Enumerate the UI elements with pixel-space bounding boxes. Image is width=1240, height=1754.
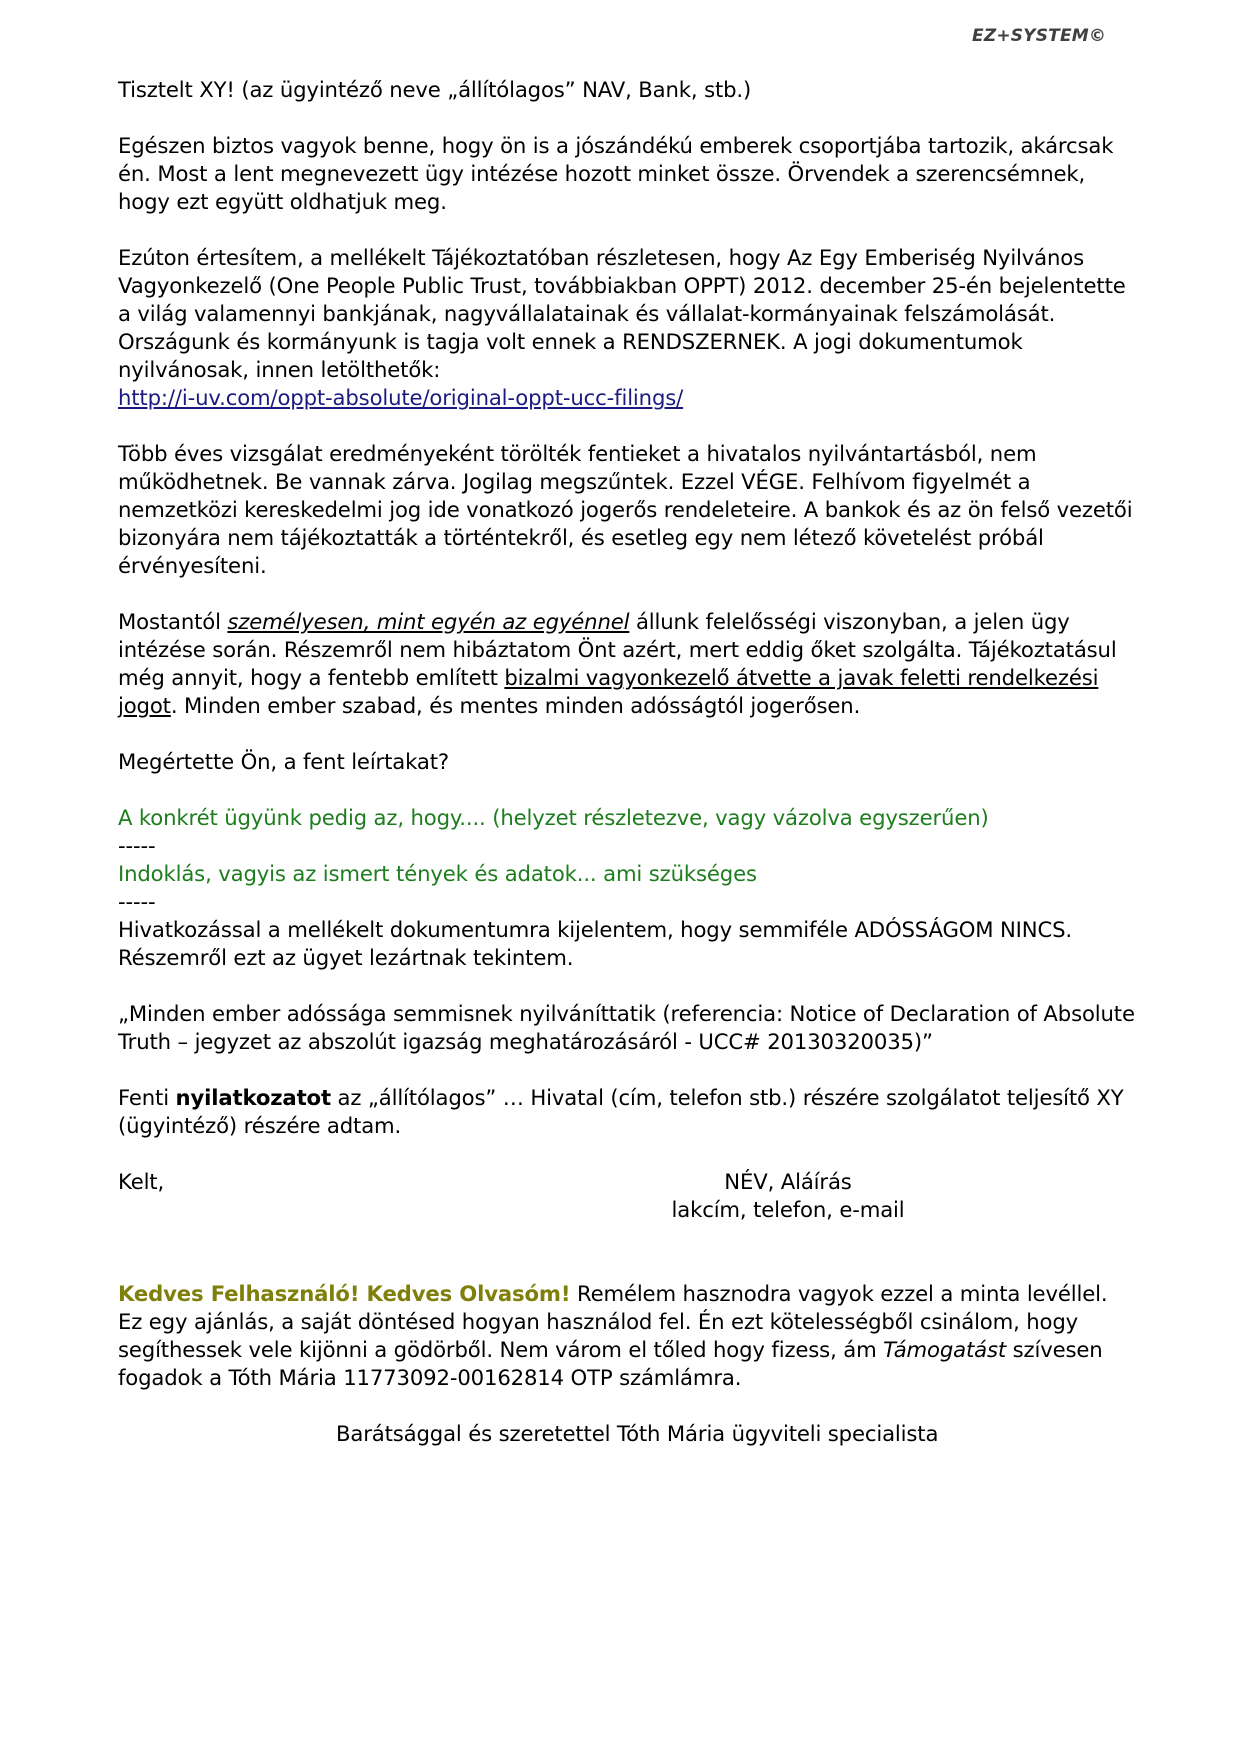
separator-1: ----- [118,832,1138,860]
signature-date-label: Kelt, [118,1168,164,1196]
oppt-filings-link[interactable]: http://i-uv.com/oppt-absolute/original-o… [118,385,683,410]
declaration-text-a: Fenti [118,1085,176,1110]
signature-block: Kelt, NÉV, Aláírás lakcím, telefon, e-ma… [118,1168,1138,1224]
paragraph-oppt-text: Ezúton értesítem, a mellékelt Tájékoztat… [118,245,1126,382]
reader-note-greeting: Kedves Felhasználó! Kedves Olvasóm! [118,1281,570,1306]
paragraph-intro: Egészen biztos vagyok benne, hogy ön is … [118,132,1138,216]
paragraph-quote: „Minden ember adóssága semmisnek nyilván… [118,1000,1138,1056]
separator-2: ----- [118,888,1138,916]
header-brand: EZ+SYSTEM© [972,26,1106,46]
responsibility-text-c: . Minden ember szabad, és mentes minden … [171,693,860,718]
reason-line: Indoklás, vagyis az ismert tények és ada… [118,860,1138,888]
salutation: Tisztelt XY! (az ügyintéző neve „állítól… [118,76,1138,104]
signature-name: NÉV, Aláírás [648,1168,928,1196]
case-line: A konkrét ügyünk pedig az, hogy.... (hel… [118,804,1138,832]
question-line: Megértette Ön, a fent leírtakat? [118,748,1138,776]
letter-body: Tisztelt XY! (az ügyintéző neve „állítól… [118,76,1138,1476]
paragraph-investigation: Több éves vizsgálat eredményeként törölt… [118,440,1138,580]
reader-note: Kedves Felhasználó! Kedves Olvasóm! Remé… [118,1280,1138,1392]
signature-contact: lakcím, telefon, e-mail [648,1196,928,1224]
paragraph-no-debt: Hivatkozással a mellékelt dokumentumra k… [118,916,1138,972]
responsibility-text-a: Mostantól [118,609,227,634]
responsibility-emphasis: személyesen, mint egyén az egyénnel [227,609,629,634]
declaration-bold: nyilatkozatot [176,1085,331,1110]
paragraph-oppt-notice: Ezúton értesítem, a mellékelt Tájékoztat… [118,244,1138,412]
closing-signature: Barátsággal és szeretettel Tóth Mária üg… [118,1420,1138,1448]
paragraph-responsibility: Mostantól személyesen, mint egyén az egy… [118,608,1138,720]
paragraph-declaration: Fenti nyilatkozatot az „állítólagos” … H… [118,1084,1138,1140]
reader-note-italic: Támogatást [883,1337,1006,1362]
signature-fields: NÉV, Aláírás lakcím, telefon, e-mail [648,1168,928,1224]
